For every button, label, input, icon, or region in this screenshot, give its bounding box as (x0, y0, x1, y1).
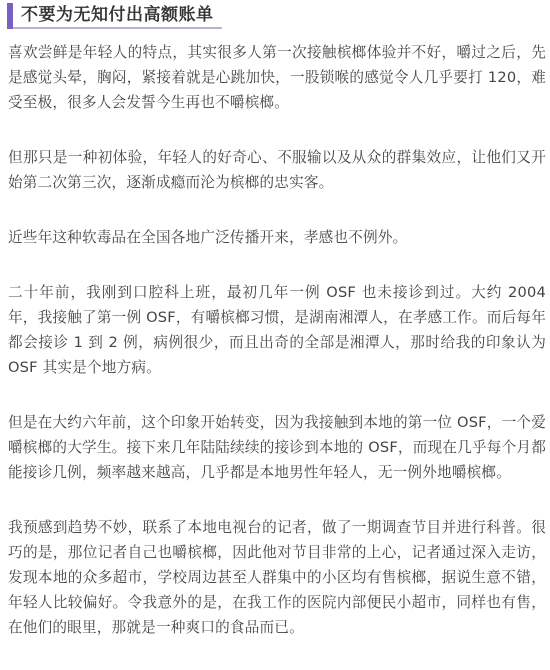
article-body: 喜欢尝鲜是年轻人的特点，其实很多人第一次接触槟榔体验并不好，嚼过之后，先是感觉头… (8, 40, 546, 620)
section-header: 不要为无知付出高额账单 (7, 3, 222, 29)
paragraph-2: 但那只是一种初体验，年轻人的好奇心、不服输以及从众的群集效应，让他们又开始第二次… (8, 145, 546, 195)
paragraph-3: 近些年这种软毒品在全国各地广泛传播开来，孝感也不例外。 (8, 225, 546, 250)
paragraph-6: 我预感到趋势不妙，联系了本地电视台的记者，做了一期调查节目并进行科普。很巧的是，… (8, 515, 546, 620)
section-title: 不要为无知付出高额账单 (21, 4, 214, 26)
paragraph-4: 二十年前，我刚到口腔科上班，最初几年一例 OSF 也未接诊到过。大约 2004 … (8, 280, 546, 380)
header-accent-bar (7, 3, 13, 29)
paragraph-1: 喜欢尝鲜是年轻人的特点，其实很多人第一次接触槟榔体验并不好，嚼过之后，先是感觉头… (8, 40, 546, 115)
paragraph-5: 但是在大约六年前，这个印象开始转变，因为我接触到本地的第一位 OSF，一个爱嚼槟… (8, 410, 546, 485)
